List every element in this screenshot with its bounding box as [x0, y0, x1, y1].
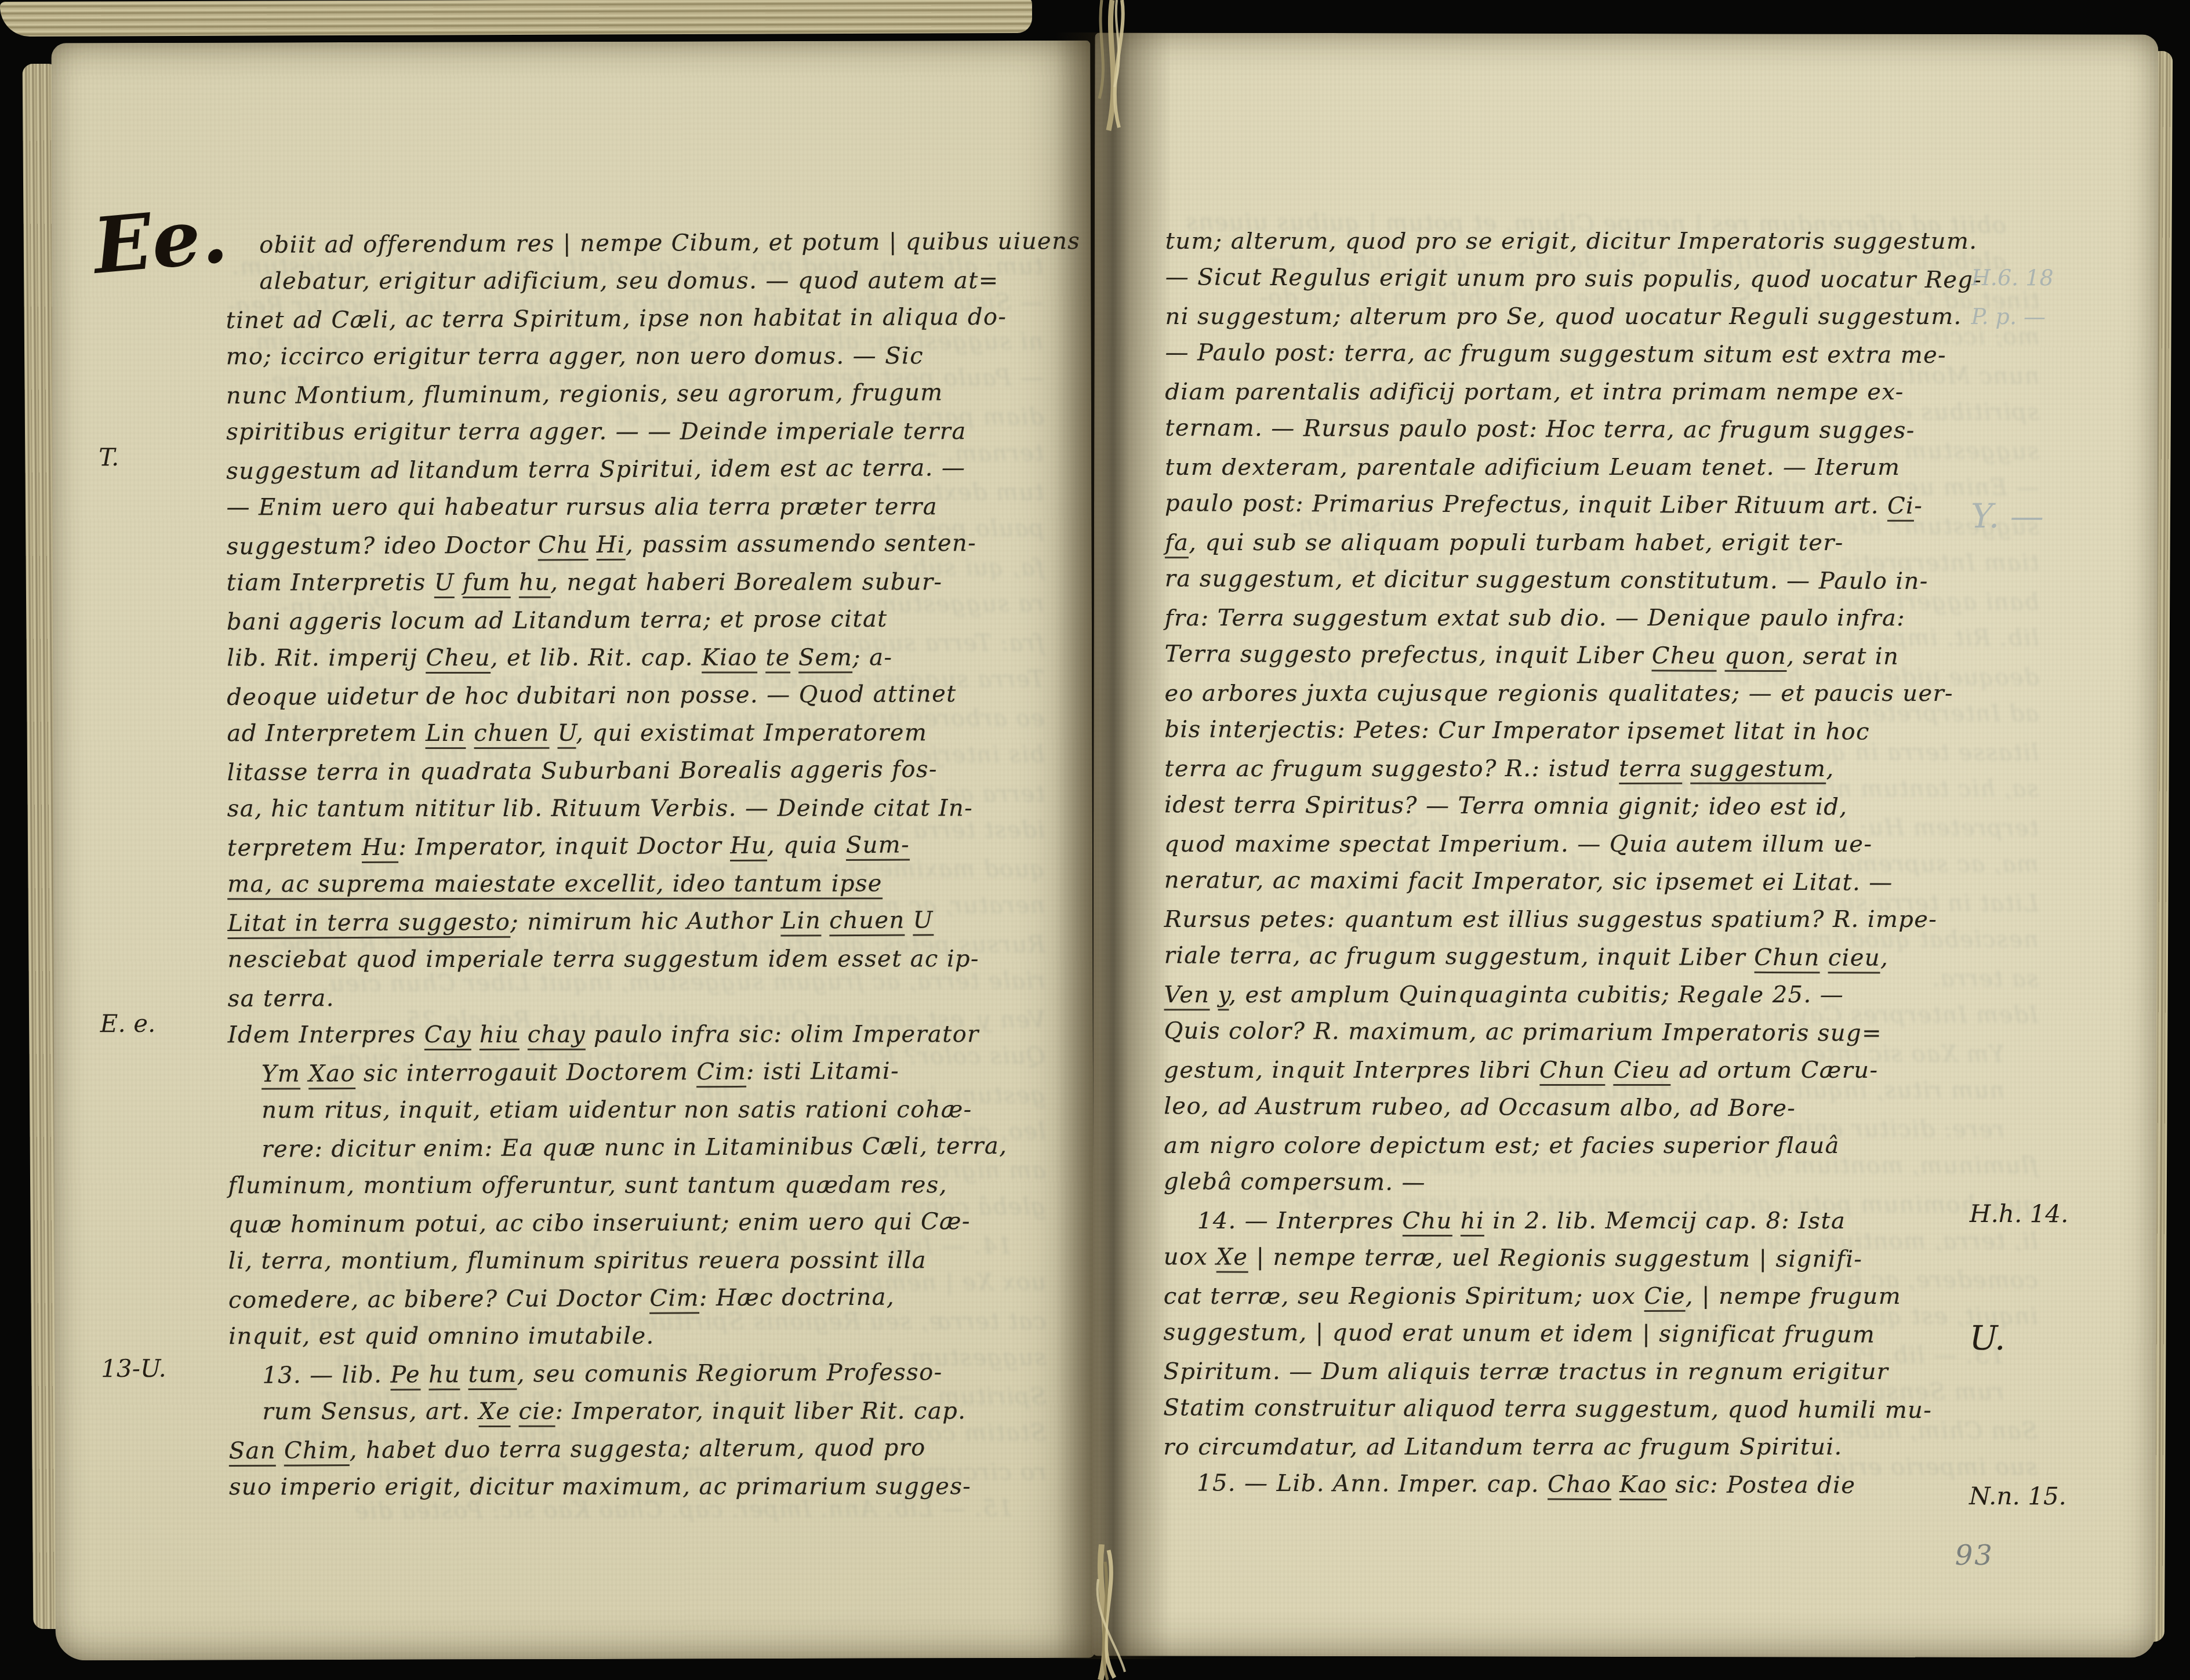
manuscript-line: riale terra, ac frugum suggestum, inquit… — [1164, 939, 2034, 980]
manuscript-line: Statim construitur aliquod terra suggest… — [1163, 1391, 2033, 1432]
manuscript-line: Spiritum. — Dum aliquis terræ tractus in… — [1163, 1355, 2033, 1394]
manuscript-line: idest terra Spiritus? — Terra omnia gign… — [1164, 788, 2034, 829]
manuscript-line: Idem Interpres Cay hiu chay paulo infra … — [228, 1018, 1057, 1056]
manuscript-line: bani aggeris locum ad Litandum terra; et… — [227, 602, 1056, 643]
manuscript-line: cat terræ, seu Regionis Spiritum; uox Ci… — [1164, 1280, 2033, 1318]
manuscript-line: diam parentalis adificij portam, et intr… — [1165, 376, 2035, 414]
manuscript-line: terra ac frugum suggesto? R.: istud terr… — [1164, 752, 2034, 791]
manuscript-line: tum; alterum, quod pro se erigit, dicitu… — [1165, 225, 2035, 263]
left-page-margin-notes — [51, 41, 1090, 43]
manuscript-line: lib. Rit. imperij Cheu, et lib. Rit. cap… — [227, 641, 1056, 679]
manuscript-line: tinet ad Cæli, ac terra Spiritum, ipse n… — [226, 300, 1055, 342]
binding-thread-top — [1044, 0, 1183, 139]
manuscript-line: paulo post: Primarius Prefectus, inquit … — [1165, 487, 2035, 528]
manuscript-line: glebâ compersum. — — [1164, 1165, 2033, 1206]
manuscript-line: mo; iccirco erigitur terra agger, non ue… — [226, 340, 1055, 378]
page-edge-stack-bottom — [0, 0, 1032, 37]
manuscript-line: Quis color? R. maximum, ac primarium Imp… — [1164, 1014, 2033, 1055]
manuscript-line: — Enim uero qui habeatur rursus alia ter… — [226, 490, 1055, 529]
page-number: 93 — [1955, 1539, 1994, 1572]
margin-note: Y. — — [1971, 496, 2044, 536]
manuscript-line: ro circumdatur, ad Litandum terra ac fru… — [1163, 1431, 2033, 1469]
manuscript-line: gestum, inquit Interpres libri Chun Cieu… — [1164, 1054, 2033, 1092]
manuscript-line: spiritibus erigitur terra agger. — — Dei… — [226, 415, 1055, 453]
manuscript-line: suo imperio erigit, dicitur maximum, ac … — [229, 1470, 1058, 1508]
margin-note: N.n. 15. — [1969, 1482, 2066, 1510]
manuscript-line: suggestum? ideo Doctor Chu Hi, passim as… — [226, 526, 1055, 568]
manuscript-line: Terra suggesto prefectus, inquit Liber C… — [1164, 638, 2034, 678]
manuscript-line: eo arbores juxta cujusque regionis quali… — [1164, 677, 2034, 715]
manuscript-line: sa, hic tantum nititur lib. Rituum Verbi… — [227, 792, 1056, 830]
manuscript-line: inquit, est quid omnino imutabile. — [228, 1319, 1058, 1358]
margin-note: T. — [99, 443, 119, 471]
manuscript-line: uox Xe | nempe terræ, uel Regionis sugge… — [1164, 1241, 2033, 1281]
manuscript-line: Ven y, est amplum Quinquaginta cubitis; … — [1164, 979, 2034, 1017]
manuscript-line: San Chim, habet duo terra suggesta; alte… — [229, 1431, 1058, 1472]
manuscript-line: comedere, ac bibere? Cui Doctor Cim: Hæc… — [228, 1280, 1058, 1322]
manuscript-line: quod maxime spectat Imperium. — Quia aut… — [1164, 828, 2034, 866]
manuscript-line: ma, ac suprema maiestate excellit, ideo … — [227, 867, 1056, 906]
margin-note: H.h. 14. — [1970, 1199, 2069, 1228]
manuscript-line: num ritus, inquit, etiam uidentur non sa… — [228, 1093, 1057, 1132]
left-page-text: obiit ad offerendum res | nempe Cibum, e… — [226, 226, 1058, 1510]
manuscript-line: bis interjectis: Petes: Cur Imperator ip… — [1164, 713, 2034, 754]
manuscript-line: tiam Interpretis U fum hu, negat haberi … — [227, 566, 1056, 604]
manuscript-line: nesciebat quod imperiale terra suggestum… — [227, 943, 1056, 981]
manuscript-line: alebatur, erigitur adificium, seu domus.… — [226, 264, 1055, 303]
manuscript-line: li, terra, montium, fluminum spiritus re… — [228, 1244, 1058, 1282]
margin-note: 13-U. — [101, 1354, 166, 1383]
manuscript-line: leo, ad Austrum rubeo, ad Occasum albo, … — [1164, 1090, 2033, 1130]
margin-note: E. e. — [100, 1009, 156, 1038]
manuscript-line: 13. — lib. Pe hu tum, seu comunis Regior… — [228, 1355, 1058, 1397]
background: { "book": { "left_page": { "initial": "E… — [0, 0, 2190, 1680]
manuscript-line: sa terra. — [228, 979, 1057, 1020]
manuscript-line: suggestum ad litandum terra Spiritui, id… — [226, 451, 1055, 493]
manuscript-line: Litat in terra suggesto; nimirum hic Aut… — [227, 903, 1056, 945]
manuscript-line: neratur, ac maximi facit Imperator, sic … — [1164, 864, 2034, 904]
margin-note: H.6. 18 — [1971, 265, 2054, 290]
margin-note: U. — [1969, 1318, 2005, 1358]
manuscript-line: Ym Xao sic interrogauit Doctorem Cim: is… — [228, 1054, 1057, 1096]
manuscript-line: fra: Terra suggestum extat sub dio. — De… — [1165, 602, 2035, 640]
manuscript-line: deoque uidetur de hoc dubitari non posse… — [227, 677, 1056, 719]
manuscript-line: nunc Montium, fluminum, regionis, seu ag… — [226, 376, 1055, 417]
manuscript-line: terpretem Hu: Imperator, inquit Doctor H… — [227, 828, 1056, 870]
manuscript-line: ra suggestum, et dicitur suggestum const… — [1165, 562, 2035, 603]
manuscript-line: ternam. — Rursus paulo post: Hoc terra, … — [1165, 412, 2035, 452]
manuscript-line: ni suggestum; alterum pro Se, quod uocat… — [1165, 300, 2035, 339]
right-page-margin-notes — [1095, 32, 2158, 34]
manuscript-line: Rursus petes: quantum est illius suggest… — [1164, 903, 2034, 941]
manuscript-line: tum dexteram, parentale adificium Leuam … — [1165, 451, 2035, 489]
binding-thread-bottom — [1032, 1544, 1183, 1680]
manuscript-line: rere: dicitur enim: Ea quæ nunc in Litam… — [228, 1129, 1057, 1171]
manuscript-line: 15. — Lib. Ann. Imper. cap. Chao Kao sic… — [1163, 1467, 2033, 1507]
manuscript-line: 14. — Interpres Chu hi in 2. lib. Memcij… — [1164, 1205, 2033, 1243]
manuscript-line: fa, qui sub se aliquam populi turbam hab… — [1165, 526, 2035, 565]
manuscript-line: am nigro colore depictum est; et facies … — [1164, 1129, 2033, 1168]
left-page: Ee. tum; alterum, quod pro se erigit, di… — [51, 41, 1094, 1661]
manuscript-line: suggestum, | quod erat unum et idem | si… — [1163, 1316, 2033, 1357]
manuscript-line: — Paulo post: terra, ac frugum suggestum… — [1165, 336, 2035, 377]
manuscript-line: — Sicut Regulus erigit unum pro suis pop… — [1165, 261, 2035, 301]
left-page-initial: Ee. — [90, 201, 230, 282]
manuscript-line: rum Sensus, art. Xe cie: Imperator, inqu… — [229, 1395, 1058, 1433]
manuscript-line: litasse terra in quadrata Suburbani Bore… — [227, 752, 1056, 794]
manuscript-line: ad Interpretem Lin chuen U, qui existima… — [227, 717, 1056, 755]
manuscript-line: obiit ad offerendum res | nempe Cibum, e… — [226, 225, 1055, 267]
manuscript-line: quæ hominum potui, ac cibo inseruiunt; e… — [228, 1205, 1058, 1246]
right-page-text: tum; alterum, quod pro se erigit, dicitu… — [1163, 224, 2035, 1507]
manuscript-line: fluminum, montium offeruntur, sunt tantu… — [228, 1169, 1057, 1207]
margin-note: P. p. — — [1971, 304, 2046, 329]
right-page: obiit ad offerendum res | nempe Cibum, e… — [1092, 32, 2159, 1657]
